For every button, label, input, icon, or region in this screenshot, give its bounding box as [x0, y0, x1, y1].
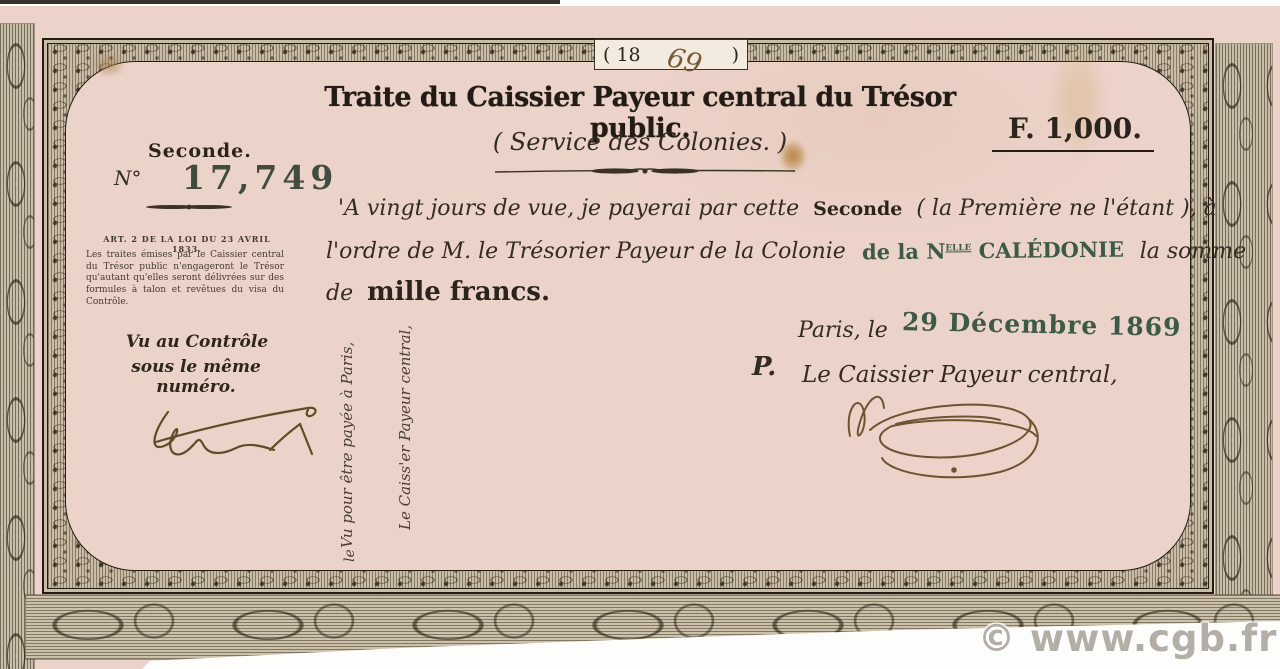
document-subtitle: ( Service des Colonies. ): [440, 128, 840, 156]
number-divider: [144, 202, 234, 212]
vertical-note-le: le: [342, 549, 358, 562]
number-value: 17,749: [182, 158, 338, 197]
cashier-signature: [830, 378, 1070, 488]
control-signature: [140, 390, 340, 470]
body-line2-script-a: l'ordre de M. le Trésorier Payeur de la …: [326, 239, 846, 264]
vertical-note-line2: Le Caiss'er Payeur central,: [396, 325, 414, 530]
dateline-prefix: Paris, le: [798, 318, 888, 343]
body-line2-script-b: la somme: [1140, 239, 1246, 264]
swell-rule: [495, 164, 795, 178]
colony-stamp-place: CALÉDONIE: [978, 237, 1124, 264]
right-security-band: [1216, 44, 1272, 628]
colony-stamp: de la NELLE CALÉDONIE: [862, 237, 1124, 265]
signature-abbrev: P.: [752, 352, 776, 382]
colony-stamp-n: N: [926, 238, 945, 263]
amount-value: F. 1,000.: [990, 112, 1160, 145]
number-label: N°: [114, 166, 142, 190]
body-line1-bold: Seconde: [813, 198, 902, 220]
scan-edge-artifact: [0, 0, 560, 4]
colony-stamp-de-la: de la: [862, 239, 919, 265]
body-line3-script: de: [326, 281, 353, 306]
year-open: ( 18: [603, 44, 641, 66]
body-line1-script-a: 'A vingt jours de vue, je payerai par ce…: [338, 196, 799, 221]
date-stamp: 29 Décembre 1869: [902, 307, 1182, 342]
left-security-band: [0, 24, 34, 669]
cgb-watermark: © www.cgb.fr: [978, 617, 1277, 660]
year-close: ): [732, 44, 739, 66]
vertical-note-line1: Vu pour être payée à Paris,: [338, 342, 356, 548]
amount-underline: [992, 150, 1154, 152]
year-box: ( 18 69 ): [594, 39, 748, 70]
ink-stain: [92, 52, 126, 78]
body-line3-bold: mille francs.: [367, 277, 550, 307]
scan-page: { "page": { "watermark": "© www.cgb.fr" …: [0, 0, 1280, 669]
legal-text: Les traites émises par le Caissier centr…: [86, 250, 284, 308]
body-line1-script-b: ( la Première ne l'étant ), à: [916, 196, 1216, 221]
colony-stamp-n-sup: ELLE: [945, 243, 971, 253]
control-line1: Vu au Contrôle: [112, 332, 282, 352]
scan-background-top: [560, 0, 1280, 6]
